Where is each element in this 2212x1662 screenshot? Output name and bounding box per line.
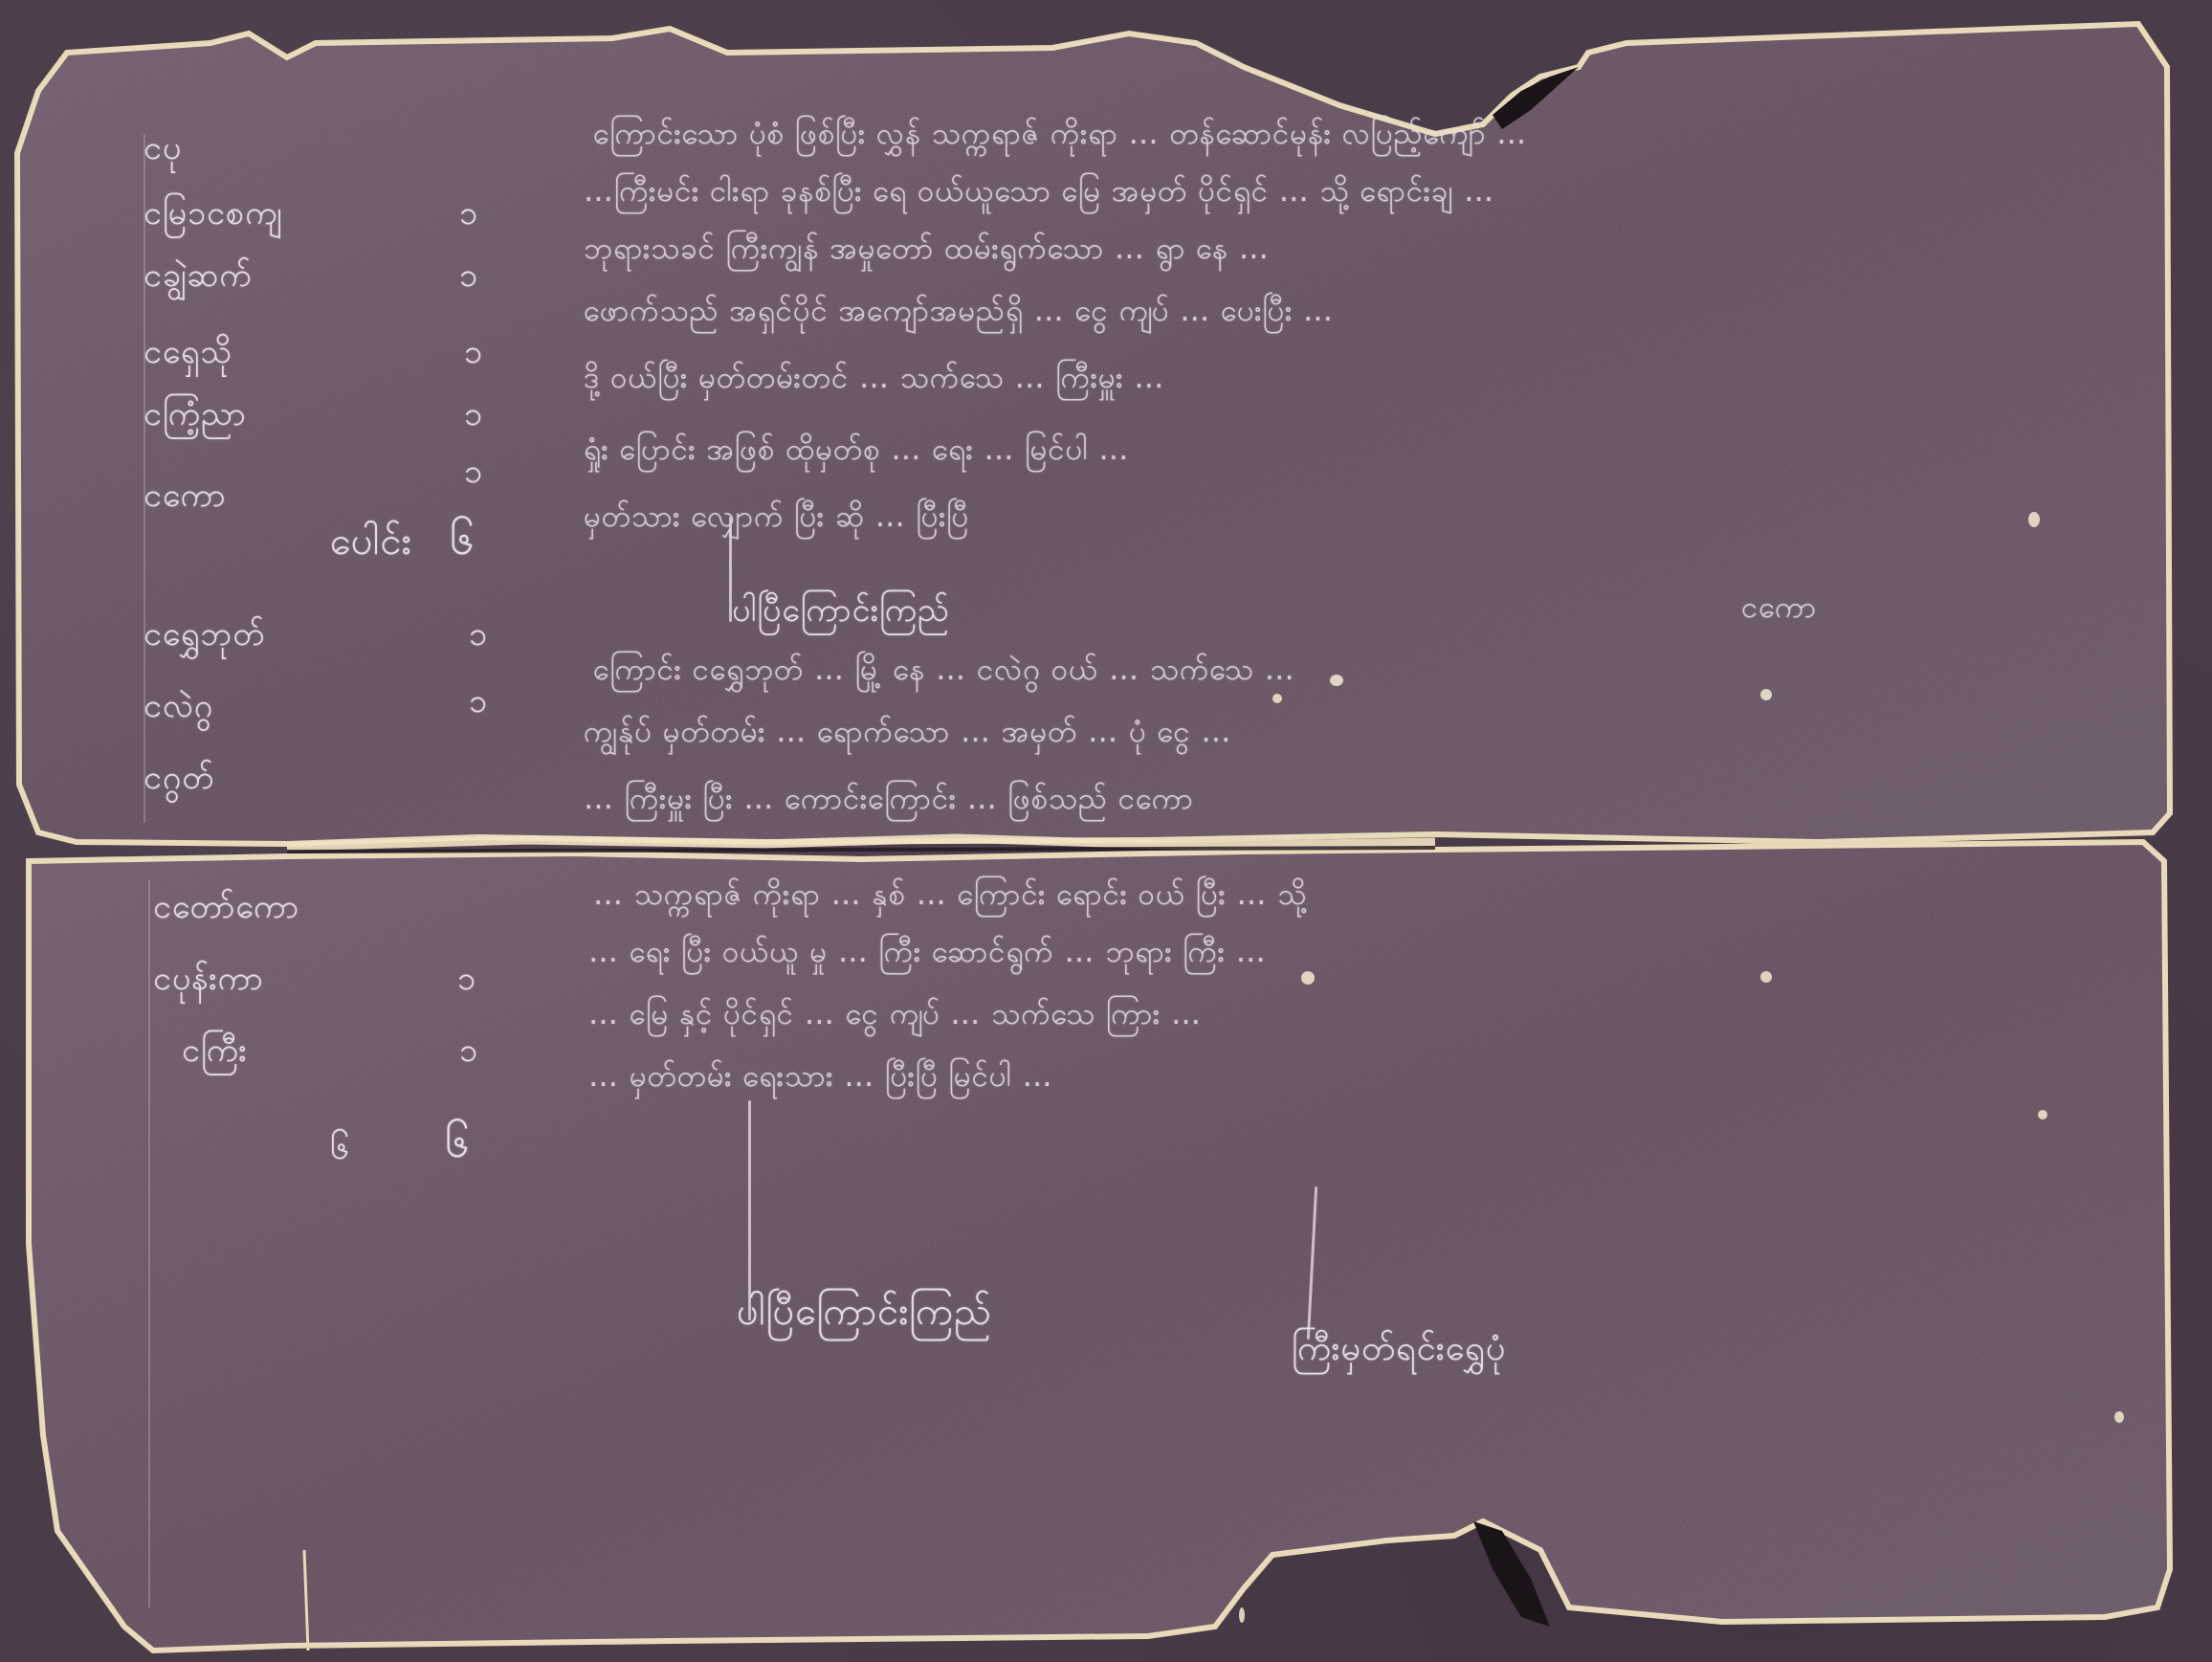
body-text-line: ဘုရားသခင် ကြီးကျွန် အမှုတော် ထမ်းရွက်သော… [584,230,1270,274]
paper-speck [2038,1110,2047,1119]
body-text-line: ကြောင်း ငရွှေဘုတ် … မြို့ နေ … ငလဲဂွ ဝယ်… [593,651,1295,695]
margin-note: ငကော [1741,588,1817,632]
left-column-number: ၁ [464,450,483,499]
subtotal-value: ၆ [445,1115,471,1179]
subtotal-value: ၆ [450,512,476,576]
left-column-entry: ငချွဲဆက် [144,254,253,302]
body-text-line: မှတ်သား လျှောက် ပြီး ဆို … ပြီးပြီ [584,498,969,542]
body-text-line: ဖောက်သည် အရှင်ပိုင် အကျော်အမည်ရှိ … ငွေ … [584,292,1334,336]
left-column-entry: ငဂွတ် [144,756,214,805]
left-column-entry: ငကြီး [182,1029,247,1077]
body-text-line: … မြေ နှင့် ပိုင်ရှင် … ငွေ ကျပ် … သက်သေ… [588,995,1202,1039]
body-text-line: ဒို့ ဝယ်ပြီး မှတ်တမ်းတင် … သက်သေ … ကြီးမ… [584,359,1164,403]
paper-speck [1760,971,1772,983]
left-column-entry: ငမြ၁ငစကျ [144,191,283,240]
left-column-entry: ငကြံ့ညာ [144,392,247,441]
left-column-number: ၁ [459,191,478,240]
left-column-number: ၁ [464,330,483,379]
left-column-number: ၁ [457,957,476,1006]
paper-speck [2028,512,2040,527]
manuscript-sheet: ငပု ငမြ၁ငစကျ ငချွဲဆက် ငရှေသို ငကြံ့ညာ ငက… [0,0,2212,1662]
body-text-line: ကြောင်းသော ပုံစံ ဖြစ်ပြီး လွှန် သက္ကရာဇ်… [593,115,1527,159]
left-column-number: ၁ [469,679,488,728]
paper-speck [1301,971,1315,985]
signature-witness: ပါပြီကြောင်းကြည် [732,588,950,637]
body-text-line: ရှုံး ပြောင်း အဖြစ် ထိုမှတ်စု … ရေး … မြ… [584,431,1129,475]
paper-speck [1239,1607,1245,1623]
left-column-entry: ငပုန်းကာ [153,957,264,1006]
left-column-entry: ငတော်ကော [153,885,299,934]
left-column-number: ၁ [469,612,488,661]
signature-right: ကြီးမှတ်ရင်းရွှေပုံ [1292,1325,1506,1377]
paper-speck [1272,694,1282,703]
left-column-number: ၁ [459,1029,478,1077]
body-text-line: … သက္ကရာဇ် ကိုးရာ … နှစ် … ကြောင်း ရောင်… [593,875,1307,920]
signature-left: ပါပြီကြောင်းကြည် [737,1287,992,1343]
left-column-entry: ငကော [144,474,227,522]
paper-speck [1330,675,1343,686]
subtotal-label: ၆ [330,1124,350,1176]
body-text-line: ကျွန်ုပ် မှတ်တမ်း … ရောက်သော … အမှတ် … ပ… [584,713,1231,757]
paper-speck [1760,689,1772,700]
body-text-line: …ကြီးမင်း ငါးရာ ခုနစ်ပြီး ရေ ဝယ်ယူသော မြ… [584,172,1494,216]
body-text-line: … ကြီးမှူး ပြီး … ကောင်းကြောင်း … ဖြစ်သည… [584,780,1194,824]
margin-line-bottom [148,880,150,1607]
left-column-entry: ငပု [144,126,182,175]
left-column-number: ၁ [459,254,478,302]
paper-speck [2114,1411,2124,1423]
left-column-entry: ငလဲဂွ [144,684,213,733]
subtotal-label: ပေါင်း [330,517,412,573]
left-column-number: ၁ [464,392,483,441]
body-text-line: … မှတ်တမ်း ရေးသား … ပြီးပြီ မြင်ပါ … [588,1057,1053,1101]
left-column-entry: ငရှေသို [144,330,232,379]
left-column-entry: ငရွှေဘုတ် [144,612,265,661]
body-text-line: … ရေး ပြီး ဝယ်ယူ မှု … ကြီး ဆောင်ရွက် … … [588,933,1267,977]
